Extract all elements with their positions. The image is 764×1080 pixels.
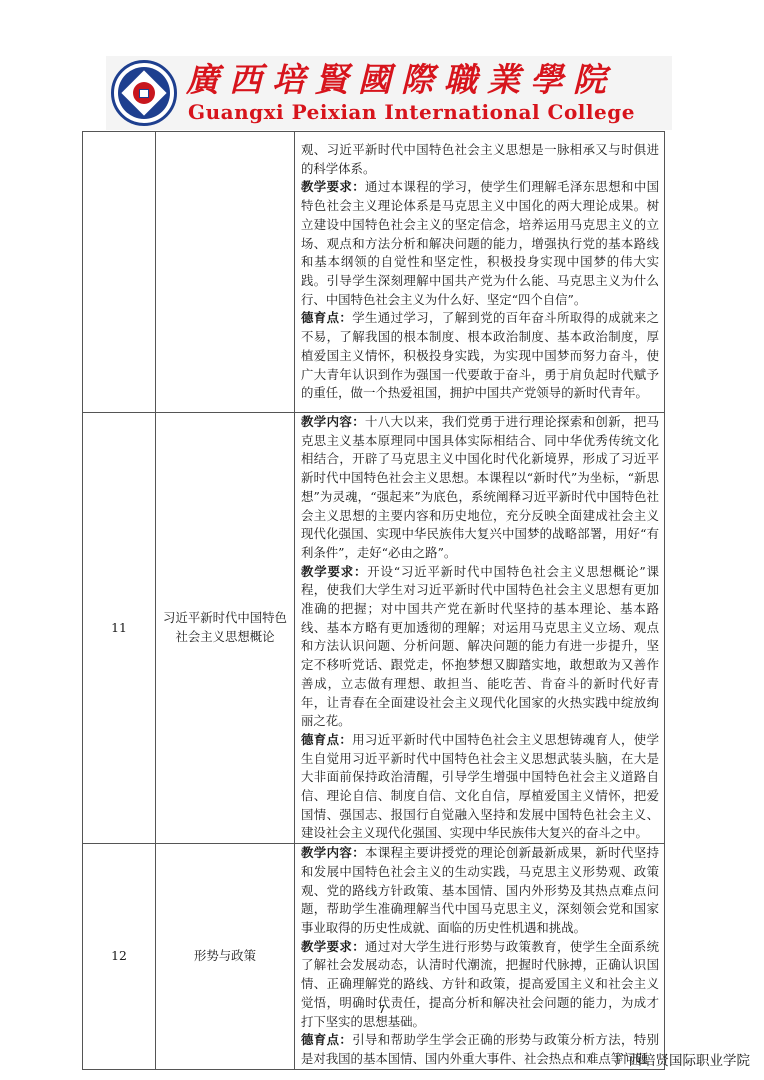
table-row: 12 形势与政策 教学内容：本课程主要讲授党的理论创新最新成果，新时代坚持和发展… [83, 844, 665, 1069]
moral-education-points: 德育点：用习近平新时代中国特色社会主义思想铸魂育人，使学生自觉用习近平新时代中国… [301, 731, 659, 843]
course-number [83, 132, 156, 413]
course-number: 11 [83, 413, 156, 844]
teaching-content: 教学内容：本课程主要讲授党的理论创新最新成果，新时代坚持和发展中国特色社会主义的… [301, 844, 659, 938]
moral-education-points: 德育点：学生通过学习，了解到党的百年奋斗所取得的成就来之不易，了解我国的根本制度… [301, 309, 659, 403]
course-content: 教学内容：十八大以来，我们党勇于进行理论探索和创新，把马克思主义基本原理同中国具… [295, 413, 665, 844]
college-name-en: Guangxi Peixian International College [188, 100, 635, 124]
moral-education-points: 德育点：引导和帮助学生学会正确的形势与政策分析方法，特别是对我国的基本国情、国内… [301, 1031, 659, 1068]
course-name: 形势与政策 [156, 844, 295, 1069]
teaching-content: 教学内容：十八大以来，我们党勇于进行理论探索和创新，把马克思主义基本原理同中国具… [301, 413, 659, 563]
footer-brand: 广西培贤国际职业学院 [615, 1049, 750, 1069]
content-paragraph: 观、习近平新时代中国特色社会主义思想是一脉相承又与时俱进的科学体系。 [301, 141, 659, 178]
course-number: 12 [83, 844, 156, 1069]
course-name: 习近平新时代中国特色社会主义思想概论 [156, 413, 295, 844]
teaching-requirements: 教学要求：通过对大学生进行形势与政策教育，使学生全面系统了解社会发展动态，认清时… [301, 938, 659, 1032]
course-content: 教学内容：本课程主要讲授党的理论创新最新成果，新时代坚持和发展中国特色社会主义的… [295, 844, 665, 1069]
college-name-cn: 廣西培賢國際職業學院 [186, 60, 635, 100]
header-banner: 廣西培賢國際職業學院 Guangxi Peixian International… [106, 56, 672, 130]
table-row: 11 习近平新时代中国特色社会主义思想概论 教学内容：十八大以来，我们党勇于进行… [83, 413, 665, 844]
teaching-requirements: 教学要求：开设“习近平新时代中国特色社会主义思想概论”课程，使我们大学生对习近平… [301, 563, 659, 731]
page-number: 7 [0, 1003, 764, 1016]
table-row: 观、习近平新时代中国特色社会主义思想是一脉相承又与时俱进的科学体系。 教学要求：… [83, 132, 665, 413]
course-table: 观、习近平新时代中国特色社会主义思想是一脉相承又与时俱进的科学体系。 教学要求：… [82, 131, 665, 1070]
course-content: 观、习近平新时代中国特色社会主义思想是一脉相承又与时俱进的科学体系。 教学要求：… [295, 132, 665, 413]
course-name [156, 132, 295, 413]
college-emblem-icon [111, 60, 177, 126]
teaching-requirements: 教学要求：通过本课程的学习，使学生们理解毛泽东思想和中国特色社会主义理论体系是马… [301, 178, 659, 309]
